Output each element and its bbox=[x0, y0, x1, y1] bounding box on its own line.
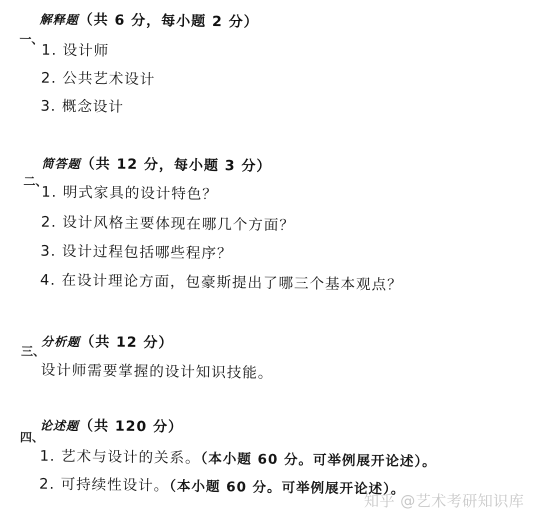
section-1-title: 解释题 bbox=[40, 13, 79, 28]
section-4-item-1-note: （本小题 60 分。可举例展开论述）。 bbox=[200, 451, 436, 470]
section-1-item-1: 1. 设计师 bbox=[41, 39, 109, 61]
section-1-heading: 解释题（共 6 分，每小题 2 分） bbox=[40, 9, 259, 32]
section-2-item-3: 3. 设计过程包括哪些程序？ bbox=[40, 240, 232, 264]
section-3-title: 分析题 bbox=[41, 335, 80, 350]
section-3-score: （共 12 分） bbox=[80, 334, 173, 351]
section-2-item-1: 1. 明式家具的设计特色？ bbox=[41, 181, 218, 204]
section-2-score: （共 12 分，每小题 3 分） bbox=[81, 156, 272, 175]
section-4-item-2: 2. 可持续性设计。（本小题 60 分。可举例展开论述）。 bbox=[39, 473, 405, 499]
section-2-title: 简答题 bbox=[42, 157, 81, 172]
section-2-heading: 简答题（共 12 分，每小题 3 分） bbox=[42, 153, 272, 176]
section-1-item-2: 2. 公共艺术设计 bbox=[41, 67, 156, 90]
section-3-item-1: 设计师需要掌握的设计知识技能。 bbox=[41, 359, 274, 383]
section-2-item-2: 2. 设计风格主要体现在哪几个方面？ bbox=[41, 211, 295, 236]
watermark: 知乎 @艺术考研知识库 bbox=[364, 490, 524, 511]
section-4-title: 论述题 bbox=[40, 419, 79, 434]
section-4-item-1: 1. 艺术与设计的关系。（本小题 60 分。可举例展开论述）。 bbox=[40, 445, 437, 472]
section-4-heading: 论述题（共 120 分） bbox=[40, 415, 183, 437]
section-4-item-2-text: 2. 可持续性设计。 bbox=[39, 477, 169, 495]
section-2-item-4: 4. 在设计理论方面，包豪斯提出了哪三个基本观点？ bbox=[40, 269, 403, 295]
section-1-item-3: 3. 概念设计 bbox=[40, 95, 124, 117]
exam-page: 一、 解释题（共 6 分，每小题 2 分） 1. 设计师 2. 公共艺术设计 3… bbox=[0, 0, 554, 519]
section-4-item-1-text: 1. 艺术与设计的关系。 bbox=[40, 449, 201, 467]
section-4-score: （共 120 分） bbox=[79, 418, 183, 435]
section-1-marker: 一、 bbox=[19, 30, 43, 47]
section-3-heading: 分析题（共 12 分） bbox=[41, 331, 174, 353]
section-1-score: （共 6 分，每小题 2 分） bbox=[79, 12, 259, 31]
